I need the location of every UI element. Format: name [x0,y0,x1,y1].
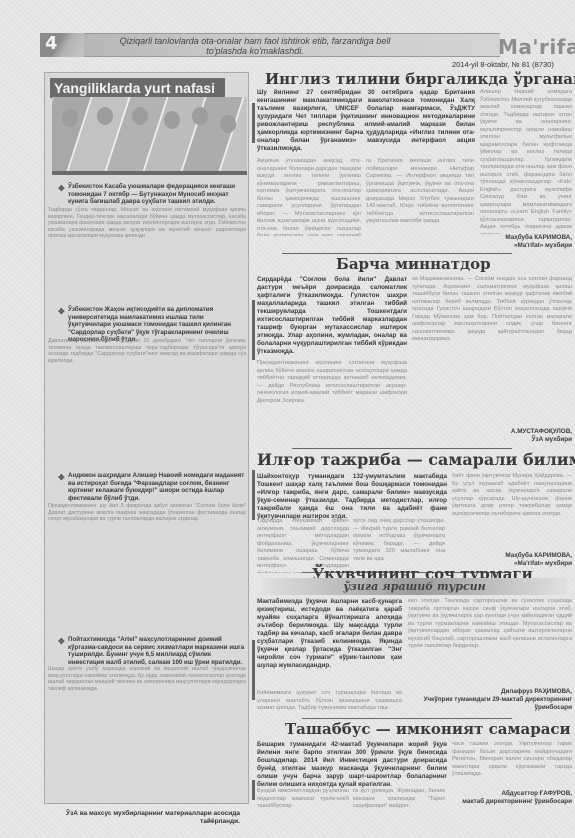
accent-bar [252,103,255,143]
digest-item-lead: ✥ Андижон шаҳридаги Алишер Навоий номида… [58,472,248,502]
article-lead: Бешарик туманидаги 42-мактаб ўқувчилари … [257,741,447,789]
article-body-col1: Акцияни ўтказишдан мақсад, ота-оналарнин… [257,158,361,236]
article-headline: Барча миннатдор [336,255,491,273]
accent-bar [252,640,255,700]
digest-signature: ЎзА ва махсус мухбирларнинг материаллари… [60,810,240,826]
divider [292,448,512,449]
divider [282,253,512,254]
article-body-col2: га Британия кенгаши инглиз тили лойиҳала… [366,158,474,236]
digest-item-lead: ✥ Ўзбекистон Касаба уюшмалари федерацияс… [58,183,248,206]
article-body-col1: Кийимимизга ҳукумат соч турмаклари ёшлар… [257,690,402,712]
article-headline: Ташаббус — имконият самараси [285,720,571,738]
brand-logo: Ma'rifat [498,35,575,59]
digest-item-body: Шаҳар ҳаёти ушбу марказда хорижий ва маҳ… [48,666,246,796]
article-body-col1: Президентимизнинг аҳолининг соғлигини му… [257,360,407,425]
portraits-collage-image [52,97,247,175]
article-lead: Мактабимизда ўқувчи ёшларни касб-ҳунарга… [257,598,402,670]
article-headline: Инглиз тилини биргаликда ўрганамиз [265,70,575,88]
article-body-col3: часи ташкил этилди. Ўқитувчилар тарих фа… [452,741,572,786]
digest-item-body: Тадбирда сўзга чиққанлар, Меҳнат ва аҳол… [48,207,246,297]
newspaper-page: 4 Qiziqarli tanlovlarda ota-onalar ham f… [0,0,575,838]
ornament-bullet-icon: ✥ [58,185,65,193]
article-signature: Дилафруз РАҲИМОВА, Учкўприк туманидаги 2… [420,688,572,712]
page-number-block: 4 [40,33,84,57]
accent-bar [252,300,255,360]
issue-dateline: 2014-yil 8-oktabr, № 81 (8730) [452,60,554,69]
article-signature: А.МУСТАФОҚУЛОВ, ЎзА мухбири [470,428,572,444]
article-signature: Абдусаттор ҒАФУРОВ, мактаб директорининг… [455,790,572,806]
news-digest-title: Yangiliklarda yurt nafasi [50,78,225,98]
article-body-col1: Бундай имкониятлардан руҳланган педагогл… [257,788,349,812]
divider [302,718,512,719]
ornament-bullet-icon: ✥ [58,638,65,646]
article-lead: Шайхонтоҳур туманидаги 132-умумтаълим ма… [257,473,447,521]
article-body-col2: кил этилди. Танловда сарторошлик ва гўза… [408,598,572,678]
article-body-col2: га қўл урмоқда. Жумладан, билим маскани … [353,788,445,812]
digest-item-body: Президентимизнинг шу йил 5 февралда қабу… [48,503,246,633]
accent-bar [252,470,255,520]
article-body-col3: биёт фани ўқитувчиси Мунира Ҳайдарова. —… [452,473,572,548]
article-signature: Маҳбуба КАРИМОВА, «Ma'rifat» мухбири [470,234,572,250]
article-body-col2: за Мадаминжонова. — Соғлом онадан эса со… [412,276,572,416]
article-body-col3: Алишер Навоий номидаги Ўзбекистон Миллий… [480,89,572,234]
article-subheadline: ўзига ярашиб турсин [262,578,567,595]
digest-item-body: Давлатимиз раҳбарининг 2012 йил 10 декаб… [48,338,246,438]
ornament-bullet-icon: ✥ [58,308,65,316]
article-lead: Сирдарёда "Соғлом бола йили" Давлат даст… [257,276,407,356]
header-tagline: Qiziqarli tanlovlarda ota-onalar ham fao… [110,36,400,56]
article-lead: Шу йилнинг 27 сентябридан 30 октябрига қ… [257,89,475,153]
article-headline: Илғор тажриба — самарали билим асоси [257,450,575,469]
page-number: 4 [45,33,58,54]
ornament-bullet-icon: ✥ [58,474,65,482]
accent-bar [252,780,255,800]
digest-item-lead: ✥ Пойтахтимизда "Artel" маҳсулотларининг… [58,636,248,666]
